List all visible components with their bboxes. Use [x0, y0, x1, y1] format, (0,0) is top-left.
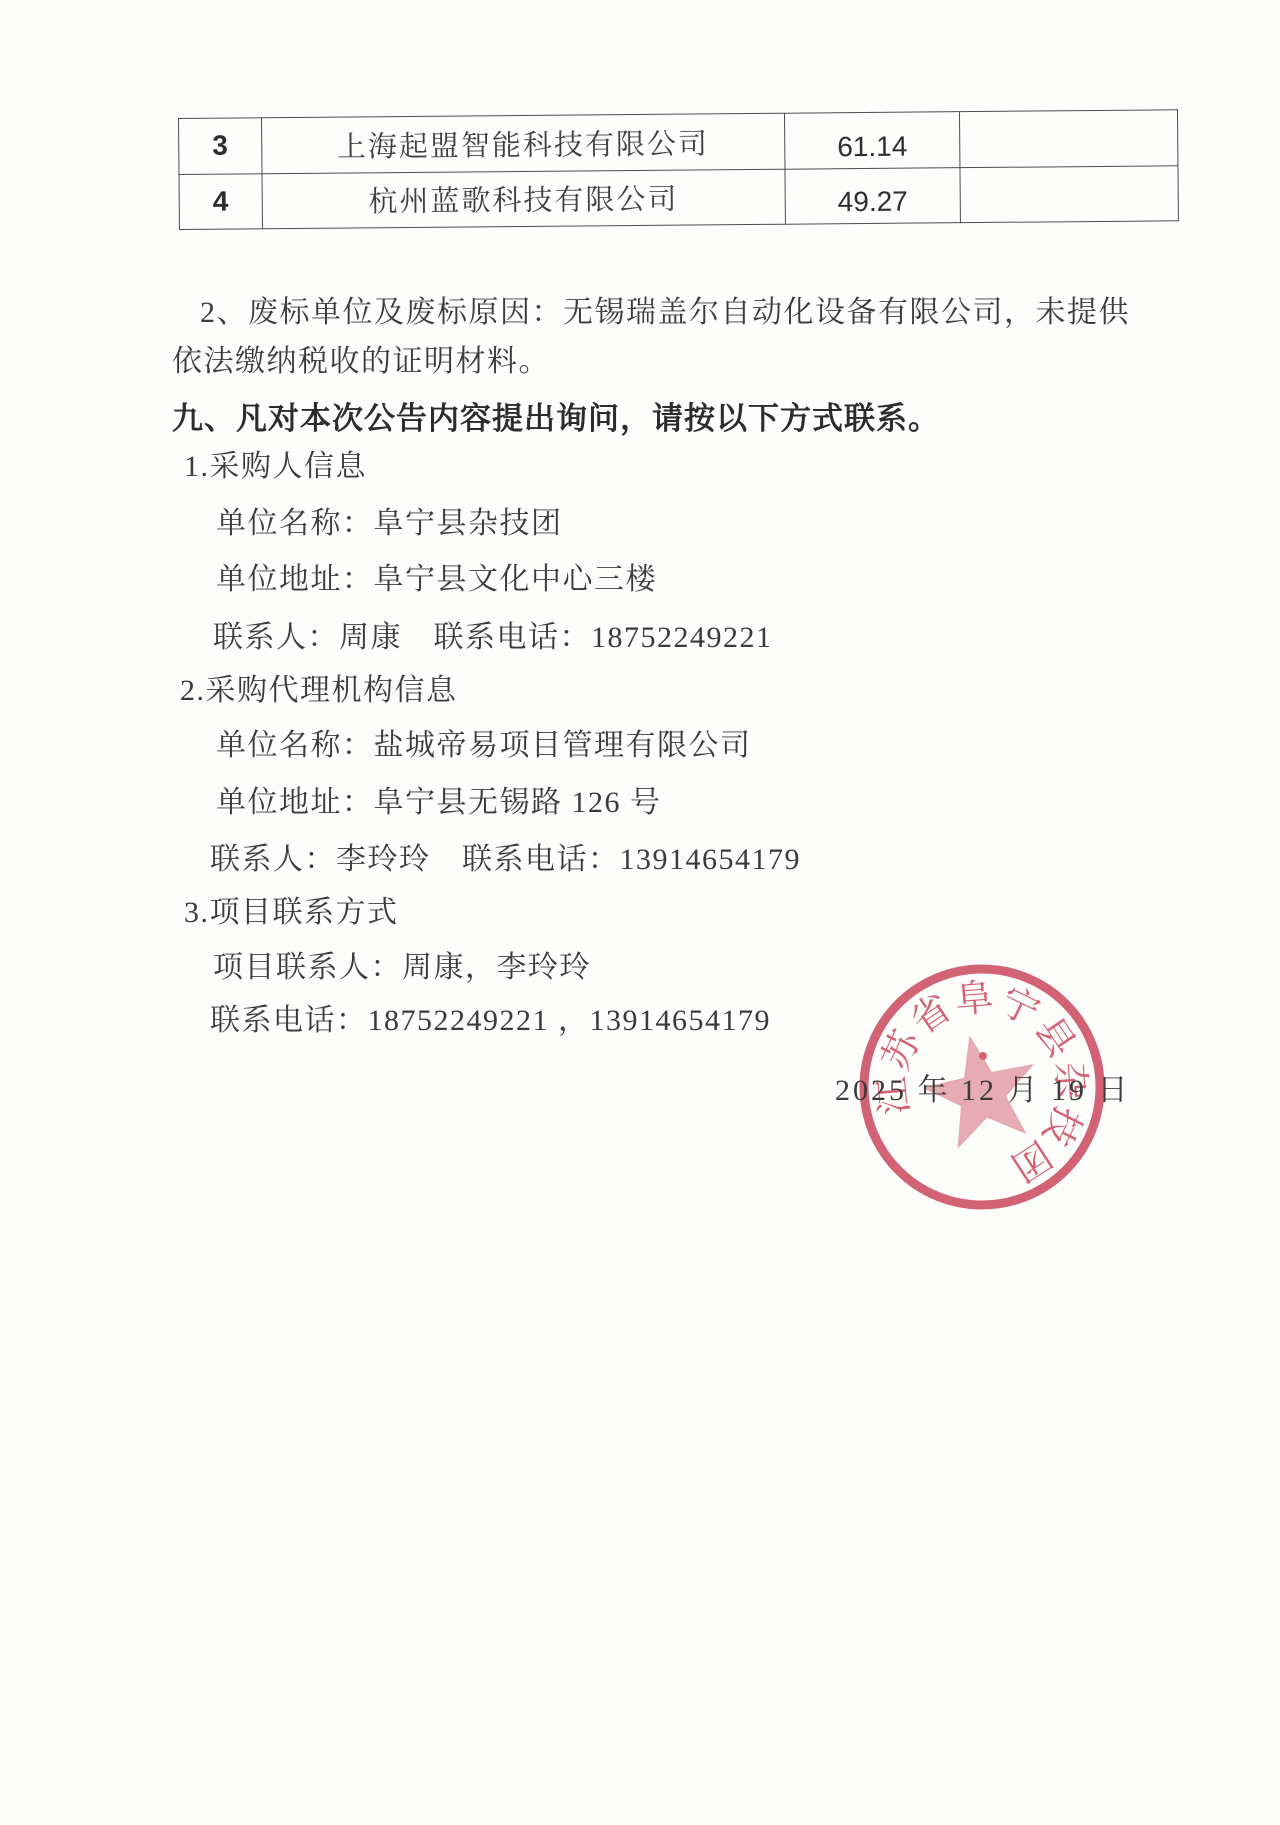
agency-contact: 联系人：李玲玲 联系电话：13914654179: [210, 843, 801, 877]
seal-separator-dot: [979, 1052, 987, 1060]
purchaser-contact: 联系人：周康 联系电话：18752249221: [213, 621, 773, 655]
table-row: 4 杭州蓝歌科技有限公司 49.27: [179, 165, 1178, 229]
agency-section-title: 2.采购代理机构信息: [180, 674, 458, 708]
score-value: 61.14: [784, 112, 960, 169]
row-number: 4: [179, 173, 262, 229]
section-nine-heading: 九、凡对本次公告内容提出询问，请按以下方式联系。: [172, 402, 940, 436]
project-contacts: 项目联系人：周康，李玲玲: [213, 951, 591, 985]
table-row: 3 上海起盟智能科技有限公司 61.14: [179, 110, 1178, 174]
purchaser-address: 单位地址：阜宁县文化中心三楼: [216, 563, 657, 597]
rejected-bid-reason-line1: 2、废标单位及废标原因：无锡瑞盖尔自动化设备有限公司，未提供: [200, 296, 1130, 330]
rejected-bid-reason-line2: 依法缴纳税收的证明材料。: [172, 345, 550, 379]
agency-name: 单位名称：盐城帝易项目管理有限公司: [216, 729, 752, 763]
row-number: 3: [179, 118, 262, 174]
agency-address: 单位地址：阜宁县无锡路 126 号: [216, 786, 662, 820]
purchaser-section-title: 1.采购人信息: [184, 450, 367, 484]
note-cell: [960, 165, 1178, 222]
bid-score-table: 3 上海起盟智能科技有限公司 61.14 4 杭州蓝歌科技有限公司 49.27: [178, 109, 1179, 230]
company-name: 上海起盟智能科技有限公司: [261, 113, 785, 173]
note-cell: [960, 110, 1178, 167]
score-value: 49.27: [785, 167, 961, 224]
announcement-date: 2025 年 12 月 19 日: [835, 1074, 1131, 1108]
company-name: 杭州蓝歌科技有限公司: [262, 169, 786, 229]
project-phones: 联系电话：18752249221 ，13914654179: [210, 1004, 771, 1038]
project-section-title: 3.项目联系方式: [184, 896, 399, 930]
purchaser-name: 单位名称：阜宁县杂技团: [216, 507, 563, 541]
document-page: 3 上海起盟智能科技有限公司 61.14 4 杭州蓝歌科技有限公司 49.27 …: [0, 0, 1280, 1825]
